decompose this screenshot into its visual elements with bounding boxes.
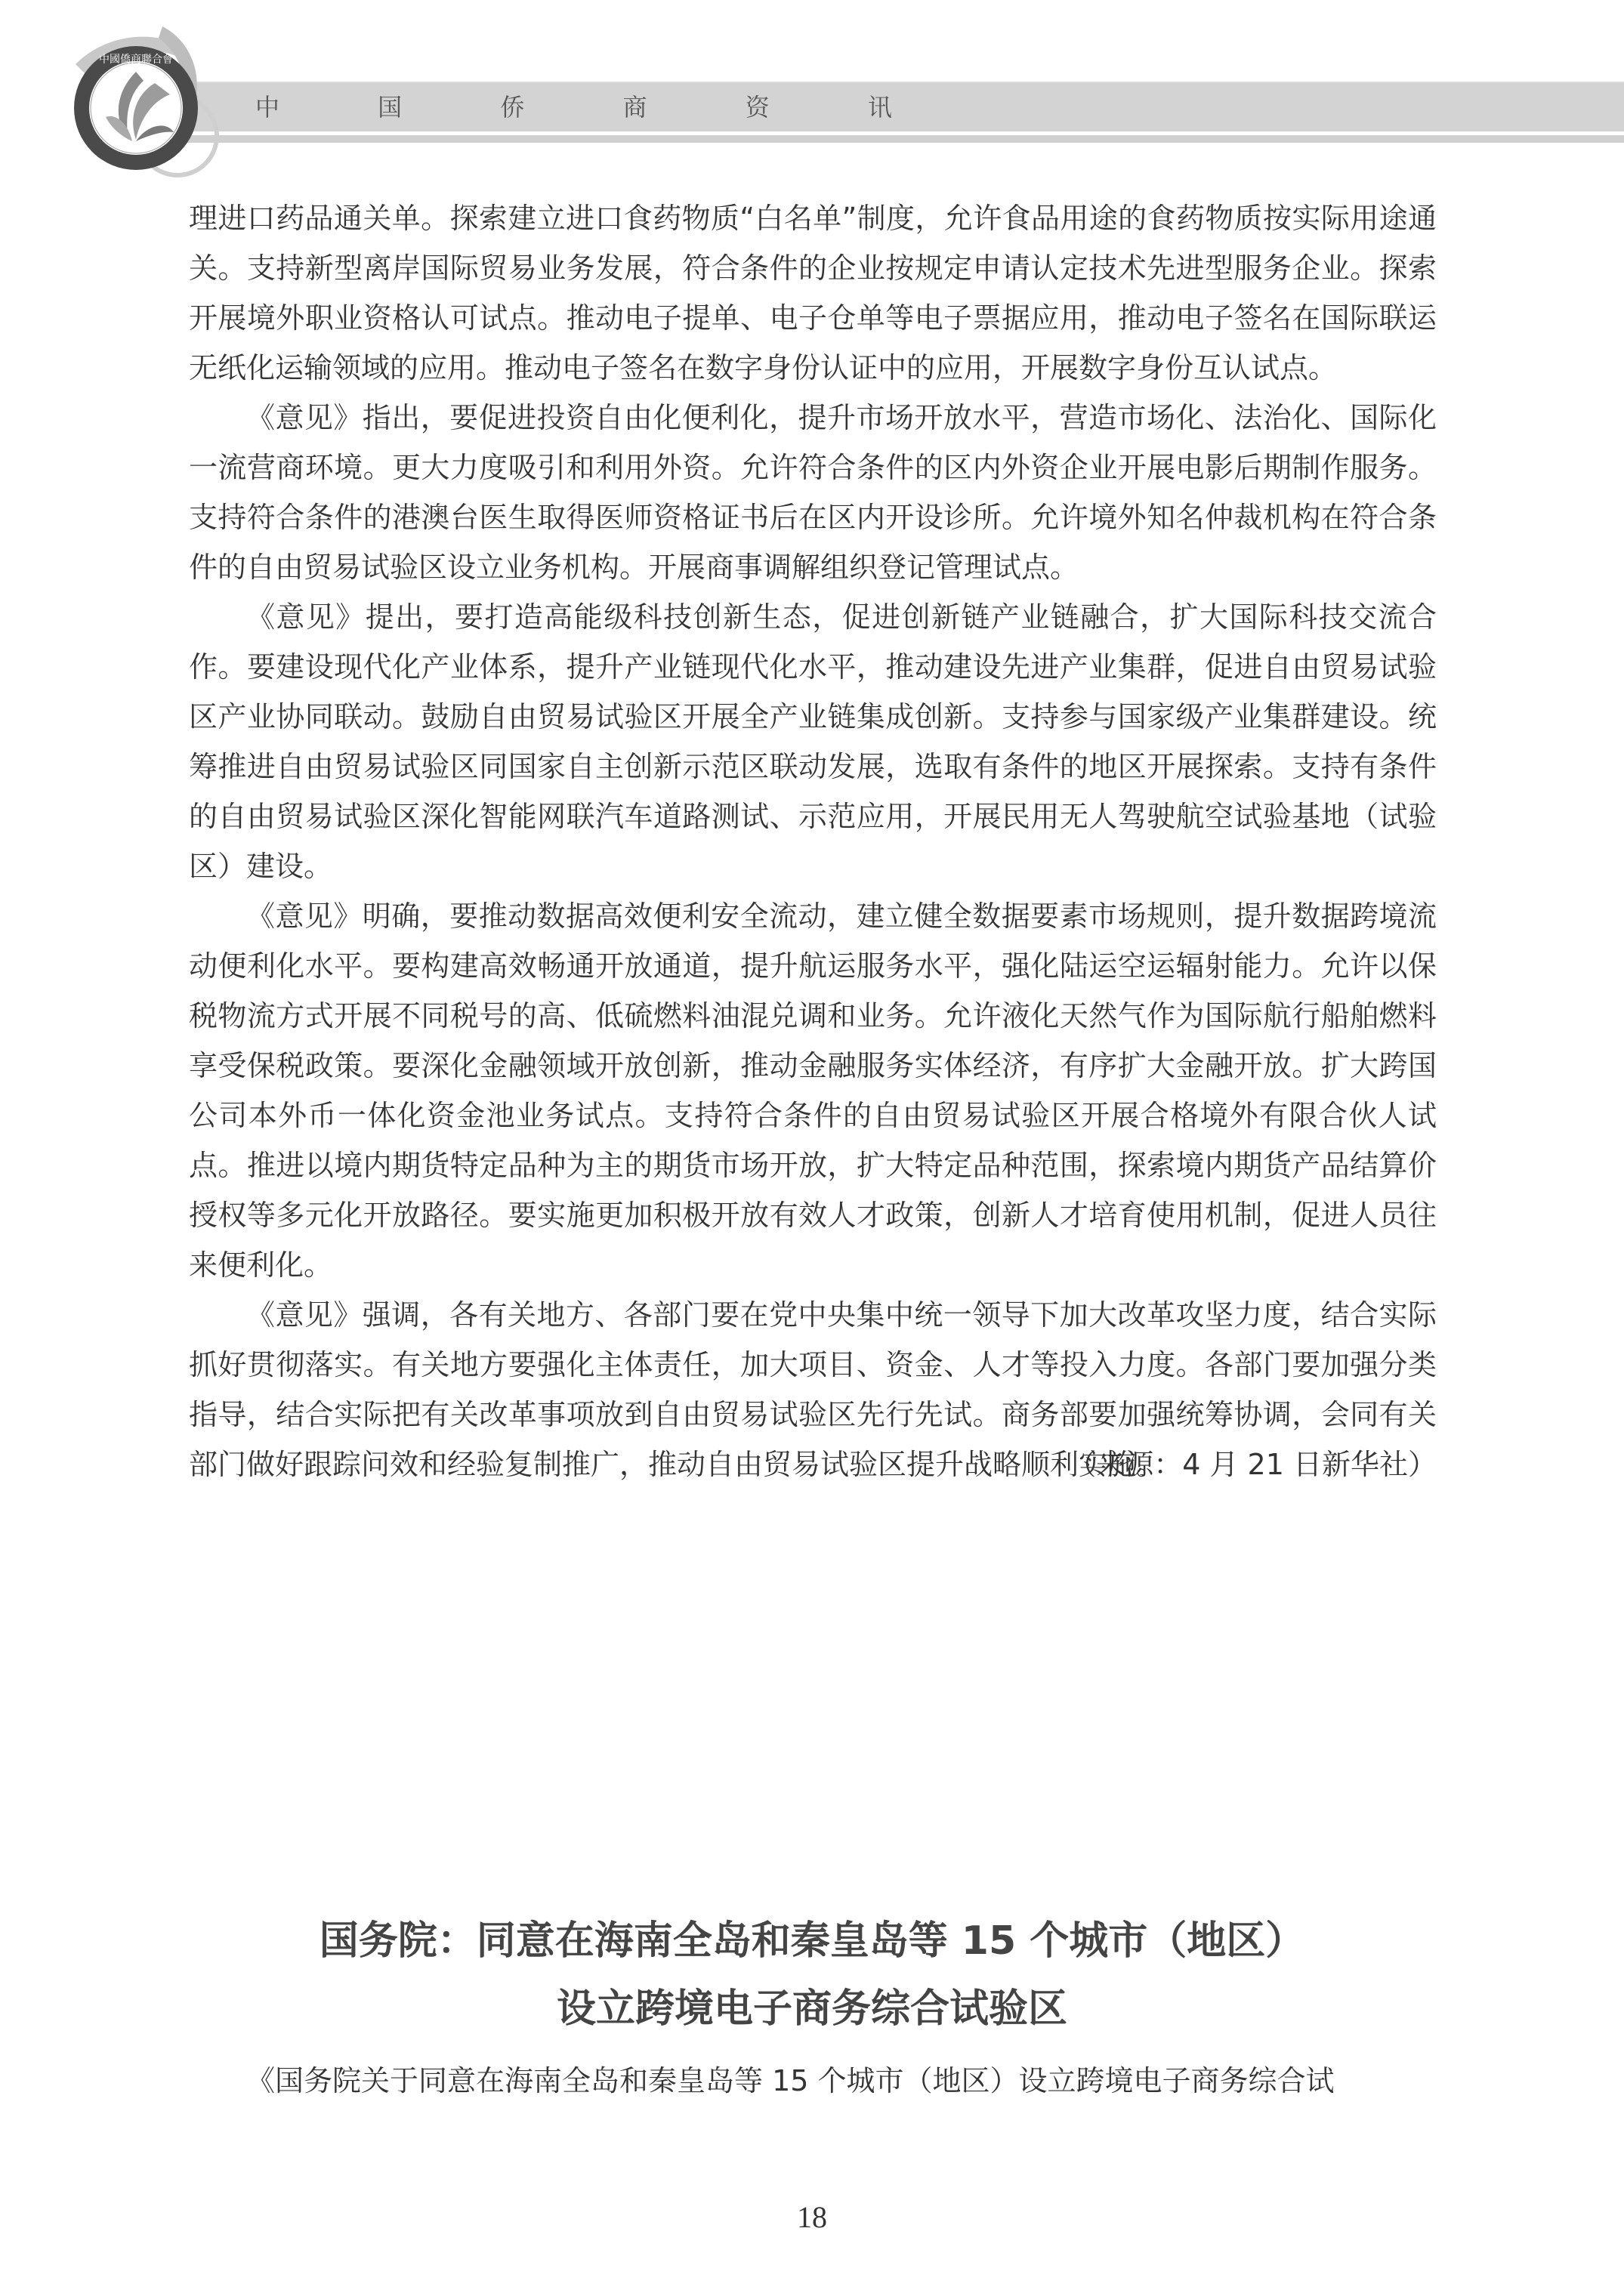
article-title-line-2: 设立跨境电子商务综合试验区 (0, 1975, 1624, 2043)
page-number: 18 (0, 2199, 1624, 2235)
article-body: 理进口药品通关单。探索建立进口食药物质“白名单”制度，允许食品用途的食药物质按实… (189, 193, 1437, 1489)
publication-title: 中 国 侨 商 资 讯 (255, 86, 937, 128)
header-rule (106, 135, 1624, 143)
article-title-line-1: 国务院：同意在海南全岛和秦皇岛等 15 个城市（地区） (0, 1907, 1624, 1975)
federation-logo-icon: 中國僑商聯合會 (23, 11, 249, 193)
paragraph: 《意见》明确，要推动数据高效便利安全流动，建立健全数据要素市场规则，提升数据跨境… (189, 891, 1437, 1290)
logo-text-cn: 中國僑商聯合會 (99, 53, 173, 66)
paragraph: 《意见》指出，要促进投资自由化便利化，提升市场开放水平，营造市场化、法治化、国际… (189, 393, 1437, 592)
paragraph-continued: 理进口药品通关单。探索建立进口食药物质“白名单”制度，允许食品用途的食药物质按实… (189, 193, 1437, 393)
paragraph: 《意见》提出，要打造高能级科技创新生态，促进创新链产业链融合，扩大国际科技交流合… (189, 592, 1437, 891)
article-intro: 《国务院关于同意在海南全岛和秦皇岛等 15 个城市（地区）设立跨境电子商务综合试 (189, 2056, 1437, 2106)
